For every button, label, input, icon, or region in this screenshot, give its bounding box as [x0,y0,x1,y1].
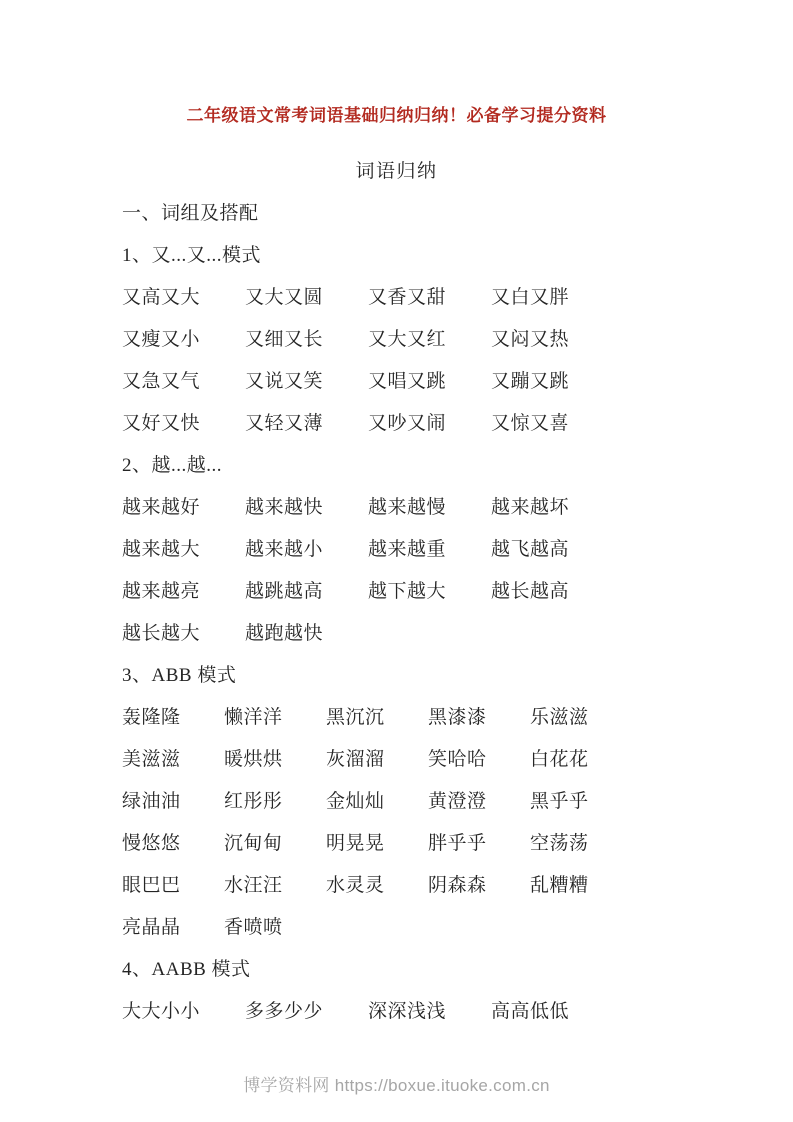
word: 越长越高 [491,576,614,603]
document-body: 一、词组及搭配 1、又...又...模式 又高又大 又大又圆 又香又甜 又白又胖… [0,190,793,1030]
word: 白花花 [530,744,632,771]
word: 绿油油 [122,786,224,813]
word: 暖烘烘 [224,744,326,771]
word: 眼巴巴 [122,870,224,897]
word: 胖乎乎 [428,828,530,855]
word: 亮晶晶 [122,912,224,939]
word: 又轻又薄 [245,408,368,435]
document-page: 二年级语文常考词语基础归纳归纳！必备学习提分资料 词语归纳 一、词组及搭配 1、… [0,0,793,1122]
group-heading-4: 4、AABB 模式 [0,946,793,988]
word-row: 又好又快 又轻又薄 又吵又闹 又惊又喜 [0,400,793,442]
word: 乐滋滋 [530,702,632,729]
word: 越来越亮 [122,576,245,603]
word: 又蹦又跳 [491,366,614,393]
group-heading-2: 2、越...越... [0,442,793,484]
word-row: 绿油油 红彤彤 金灿灿 黄澄澄 黑乎乎 [0,778,793,820]
word: 又急又气 [122,366,245,393]
word: 又惊又喜 [491,408,614,435]
word: 慢悠悠 [122,828,224,855]
word-row: 轰隆隆 懒洋洋 黑沉沉 黑漆漆 乐滋滋 [0,694,793,736]
word: 金灿灿 [326,786,428,813]
word: 乱糟糟 [530,870,632,897]
word: 越下越大 [368,576,491,603]
document-title: 二年级语文常考词语基础归纳归纳！必备学习提分资料 [0,0,793,129]
word-row: 亮晶晶 香喷喷 [0,904,793,946]
section-heading: 一、词组及搭配 [0,190,793,232]
word: 多多少少 [245,996,368,1023]
word: 又瘦又小 [122,324,245,351]
page-footer-watermark: 博学资料网 https://boxue.ituoke.com.cn [0,1071,793,1096]
word: 越跑越快 [245,618,368,645]
word: 水汪汪 [224,870,326,897]
group-heading-3: 3、ABB 模式 [0,652,793,694]
document-subtitle: 词语归纳 [0,159,793,185]
word: 又好又快 [122,408,245,435]
word: 深深浅浅 [368,996,491,1023]
word: 又闷又热 [491,324,614,351]
word: 越来越大 [122,534,245,561]
word: 又大又圆 [245,282,368,309]
word: 灰溜溜 [326,744,428,771]
group-heading-1: 1、又...又...模式 [0,232,793,274]
word-row: 眼巴巴 水汪汪 水灵灵 阴森森 乱糟糟 [0,862,793,904]
word: 又细又长 [245,324,368,351]
word: 沉甸甸 [224,828,326,855]
word-row: 美滋滋 暖烘烘 灰溜溜 笑哈哈 白花花 [0,736,793,778]
word-row: 越来越好 越来越快 越来越慢 越来越坏 [0,484,793,526]
word-row: 大大小小 多多少少 深深浅浅 高高低低 [0,988,793,1030]
word-row: 又高又大 又大又圆 又香又甜 又白又胖 [0,274,793,316]
word: 懒洋洋 [224,702,326,729]
word-row: 越来越大 越来越小 越来越重 越飞越高 [0,526,793,568]
word: 越来越好 [122,492,245,519]
word: 美滋滋 [122,744,224,771]
word: 明晃晃 [326,828,428,855]
word: 又白又胖 [491,282,614,309]
word-row: 又急又气 又说又笑 又唱又跳 又蹦又跳 [0,358,793,400]
word: 高高低低 [491,996,614,1023]
word: 阴森森 [428,870,530,897]
word: 香喷喷 [224,912,326,939]
word: 又高又大 [122,282,245,309]
word-row: 越长越大 越跑越快 [0,610,793,652]
word: 越来越重 [368,534,491,561]
word: 又唱又跳 [368,366,491,393]
word: 笑哈哈 [428,744,530,771]
word: 又说又笑 [245,366,368,393]
word: 又大又红 [368,324,491,351]
word: 越来越坏 [491,492,614,519]
word-row: 越来越亮 越跳越高 越下越大 越长越高 [0,568,793,610]
word: 轰隆隆 [122,702,224,729]
word: 黄澄澄 [428,786,530,813]
word: 越跳越高 [245,576,368,603]
word: 越长越大 [122,618,245,645]
word: 越来越小 [245,534,368,561]
word: 黑漆漆 [428,702,530,729]
word-row: 又瘦又小 又细又长 又大又红 又闷又热 [0,316,793,358]
word: 越来越快 [245,492,368,519]
word: 又香又甜 [368,282,491,309]
word: 又吵又闹 [368,408,491,435]
word: 黑沉沉 [326,702,428,729]
word: 越来越慢 [368,492,491,519]
word: 空荡荡 [530,828,632,855]
word: 越飞越高 [491,534,614,561]
word-row: 慢悠悠 沉甸甸 明晃晃 胖乎乎 空荡荡 [0,820,793,862]
word: 黑乎乎 [530,786,632,813]
word: 大大小小 [122,996,245,1023]
word: 红彤彤 [224,786,326,813]
word: 水灵灵 [326,870,428,897]
